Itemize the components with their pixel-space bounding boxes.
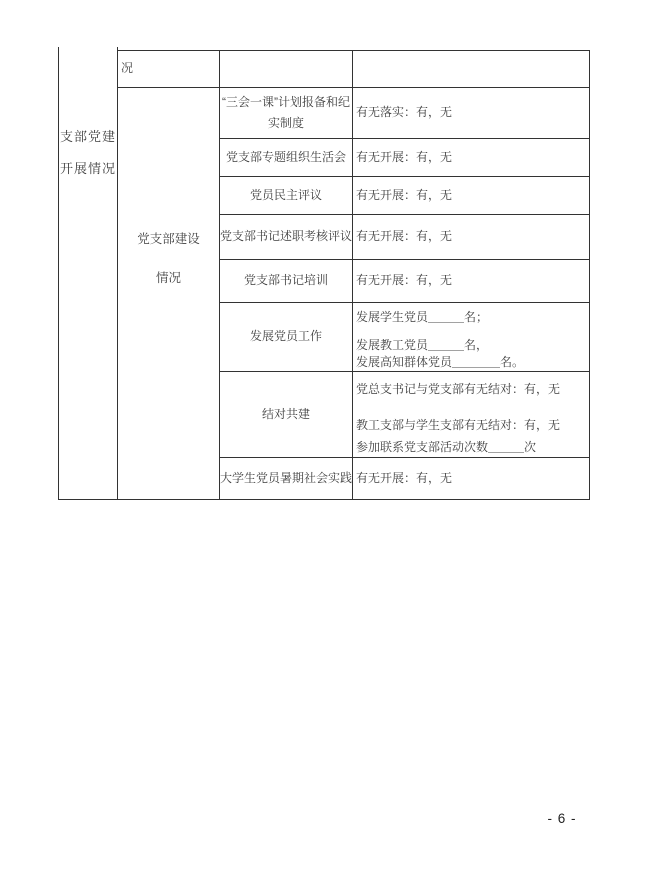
item-value-cell: 有无开展：有，无 — [353, 139, 590, 177]
item-label: 党支部专题组织生活会 — [226, 150, 346, 166]
item-label-cell: 党支部专题组织生活会 — [220, 139, 353, 177]
item-value-line3: 发展高知群体党员＿＿＿＿名。 — [356, 354, 589, 370]
item-label-cell: 结对共建 — [220, 372, 353, 458]
row-group-label-line1: 支部党建 — [59, 121, 117, 153]
item-value: 有无开展：有，无 — [356, 273, 452, 289]
item-label: 党员民主评议 — [250, 188, 322, 204]
item-value: 有无开展：有，无 — [356, 150, 452, 166]
item-label-cell: 党员民主评议 — [220, 177, 353, 215]
item-label-cell: 大学生党员暑期社会实践 — [220, 458, 353, 500]
item-value-cell: 有无开展：有，无 — [353, 177, 590, 215]
document-page: 支部党建 开展情况 况 党支部建设 情况 “三会一课”计划报备和纪 实制度 党支… — [0, 0, 652, 882]
item-value: 有无落实：有，无 — [356, 105, 452, 121]
item-label-cell: “三会一课”计划报备和纪 实制度 — [220, 88, 353, 139]
item-label: 党支部书记培训 — [244, 273, 328, 289]
item-label-cell: 党支部书记述职考核评议 — [220, 215, 353, 260]
item-label-line1: “三会一课”计划报备和纪 — [222, 92, 350, 113]
item-value-cell: 有无开展：有，无 — [353, 260, 590, 303]
item-value-cell: 有无落实：有，无 — [353, 88, 590, 139]
row-group-label-line2: 开展情况 — [59, 153, 117, 185]
continuation-cell: 况 — [118, 50, 220, 88]
item-value-line1: 发展学生党员＿＿＿名； — [356, 309, 589, 325]
item-value-cell: 有无开展：有，无 — [353, 458, 590, 500]
item-value-line2: 发展教工党员＿＿＿名， — [356, 337, 589, 353]
page-number: - 6 - — [540, 811, 584, 826]
section-cell: 党支部建设 情况 — [118, 88, 220, 500]
item-label: 结对共建 — [262, 407, 310, 423]
empty-cell-row1-col4 — [353, 50, 590, 88]
section-label-line1: 党支部建设 — [118, 220, 219, 259]
item-label-cell: 发展党员工作 — [220, 303, 353, 372]
item-label: 发展党员工作 — [250, 329, 322, 345]
item-label: 大学生党员暑期社会实践 — [220, 471, 352, 487]
item-label-line2: 实制度 — [268, 113, 304, 134]
row-group-cell: 支部党建 开展情况 — [58, 47, 118, 500]
empty-cell-row1-col3 — [220, 50, 353, 88]
item-value: 有无开展：有，无 — [356, 471, 452, 487]
item-value-cell: 有无开展：有，无 — [353, 215, 590, 260]
item-value-line3: 参加联系党支部活动次数＿＿＿次 — [356, 439, 589, 455]
item-value: 有无开展：有，无 — [356, 229, 452, 245]
continuation-text: 况 — [121, 61, 133, 77]
item-value-line2: 教工支部与学生支部有无结对：有，无 — [356, 417, 589, 433]
item-value-cell: 党总支书记与党支部有无结对：有，无 教工支部与学生支部有无结对：有，无 参加联系… — [353, 372, 590, 458]
item-value: 有无开展：有，无 — [356, 188, 452, 204]
section-label-line2: 情况 — [118, 259, 219, 298]
item-label-cell: 党支部书记培训 — [220, 260, 353, 303]
item-value-line1: 党总支书记与党支部有无结对：有，无 — [356, 381, 589, 397]
item-label: 党支部书记述职考核评议 — [220, 229, 352, 245]
item-value-cell: 发展学生党员＿＿＿名； 发展教工党员＿＿＿名， 发展高知群体党员＿＿＿＿名。 — [353, 303, 590, 372]
